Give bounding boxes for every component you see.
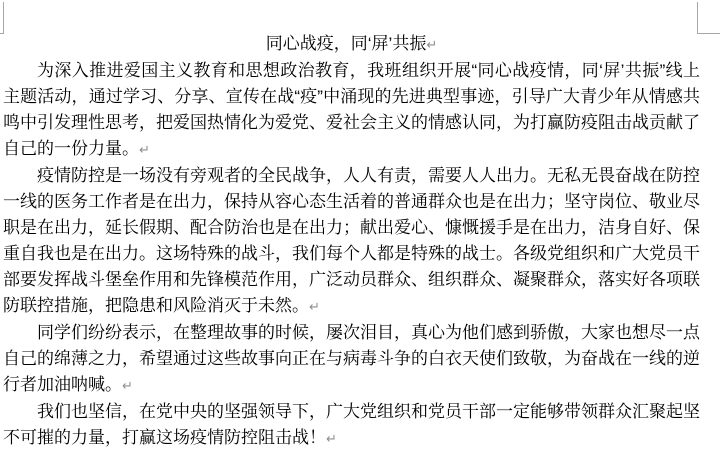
paragraph-4[interactable]: 我们也坚信，在党中央的坚强领导下，广大党组织和党员干部一定能够带领群众汇聚起坚不… bbox=[3, 399, 700, 452]
paragraph-mark-icon: ↵ bbox=[326, 431, 337, 446]
margin-corner-top-right-icon bbox=[697, 33, 720, 34]
document-text-area[interactable]: 同心战疫，同‘屏’共振↵ 为深入推进爱国主义教育和思想政治教育，我班组织开展“同… bbox=[3, 31, 700, 452]
paragraph-mark-icon: ↵ bbox=[139, 142, 150, 157]
document-page: 同心战疫，同‘屏’共振↵ 为深入推进爱国主义教育和思想政治教育，我班组织开展“同… bbox=[0, 0, 720, 452]
margin-corner-top-right-icon bbox=[697, 2, 698, 33]
paragraph-1[interactable]: 为深入推进爱国主义教育和思想政治教育，我班组织开展“同心战疫情，同‘屏’共振”线… bbox=[3, 58, 700, 163]
paragraph-mark-icon: ↵ bbox=[309, 299, 320, 314]
document-title[interactable]: 同心战疫，同‘屏’共振↵ bbox=[3, 31, 700, 58]
paragraph-4-text: 我们也坚信，在党中央的坚强领导下，广大党组织和党员干部一定能够带领群众汇聚起坚不… bbox=[3, 402, 700, 447]
paragraph-2[interactable]: 疫情防控是一场没有旁观者的全民战争，人人有责，需要人人出力。无私无畏奋战在防控一… bbox=[3, 163, 700, 320]
margin-corner-top-left-icon bbox=[3, 2, 4, 33]
paragraph-1-text: 为深入推进爱国主义教育和思想政治教育，我班组织开展“同心战疫情，同‘屏’共振”线… bbox=[3, 61, 700, 158]
document-title-text: 同心战疫，同‘屏’共振 bbox=[266, 34, 427, 53]
paragraph-mark-icon: ↵ bbox=[122, 378, 133, 393]
paragraph-3[interactable]: 同学们纷纷表示，在整理故事的时候，屡次泪目，真心为他们感到骄傲，大家也想尽一点自… bbox=[3, 320, 700, 399]
paragraph-2-text: 疫情防控是一场没有旁观者的全民战争，人人有责，需要人人出力。无私无畏奋战在防控一… bbox=[3, 166, 700, 315]
paragraph-mark-icon: ↵ bbox=[426, 37, 437, 52]
paragraph-3-text: 同学们纷纷表示，在整理故事的时候，屡次泪目，真心为他们感到骄傲，大家也想尽一点自… bbox=[3, 323, 700, 394]
